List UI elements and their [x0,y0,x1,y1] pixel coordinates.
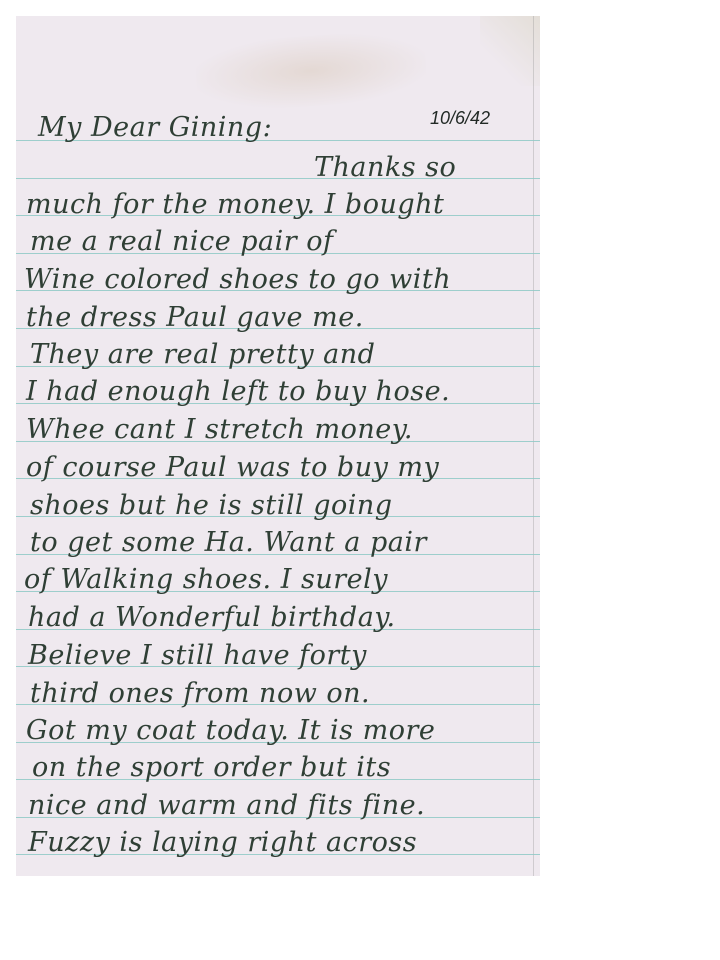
letter-line: of Walking shoes. I surely [24,566,388,593]
corner-stain [480,16,540,86]
letter-date: 10/6/42 [430,108,490,129]
letter-line: Wine colored shoes to go with [24,266,451,293]
letter-line: much for the money. I bought [26,191,444,218]
letter-line: Believe I still have forty [28,642,367,669]
letter-line: on the sport order but its [32,754,391,781]
letter-line: the dress Paul gave me. [26,304,364,331]
ruled-line [16,178,540,179]
letter-line: me a real nice pair of [30,228,334,255]
salutation: My Dear Gining: [38,114,272,141]
letter-line: third ones from now on. [30,680,370,707]
letter-line: nice and warm and fits fine. [28,792,425,819]
paper-stain [194,28,428,114]
letter-line: Whee cant I stretch money. [26,416,413,443]
paper-edge [533,16,534,876]
letter-line: They are real pretty and [30,341,375,368]
letter-line: of course Paul was to buy my [26,454,439,481]
letter-line: I had enough left to buy hose. [26,378,450,405]
letter-line: Thanks so [314,154,456,181]
letter-line: Fuzzy is laying right across [28,829,417,856]
letter-line: to get some Ha. Want a pair [30,529,427,556]
letter-page: 10/6/42 My Dear Gining: Thanks so much f… [16,16,540,876]
letter-line: had a Wonderful birthday. [28,604,396,631]
letter-line: shoes but he is still going [30,492,393,519]
letter-line: Got my coat today. It is more [26,717,435,744]
